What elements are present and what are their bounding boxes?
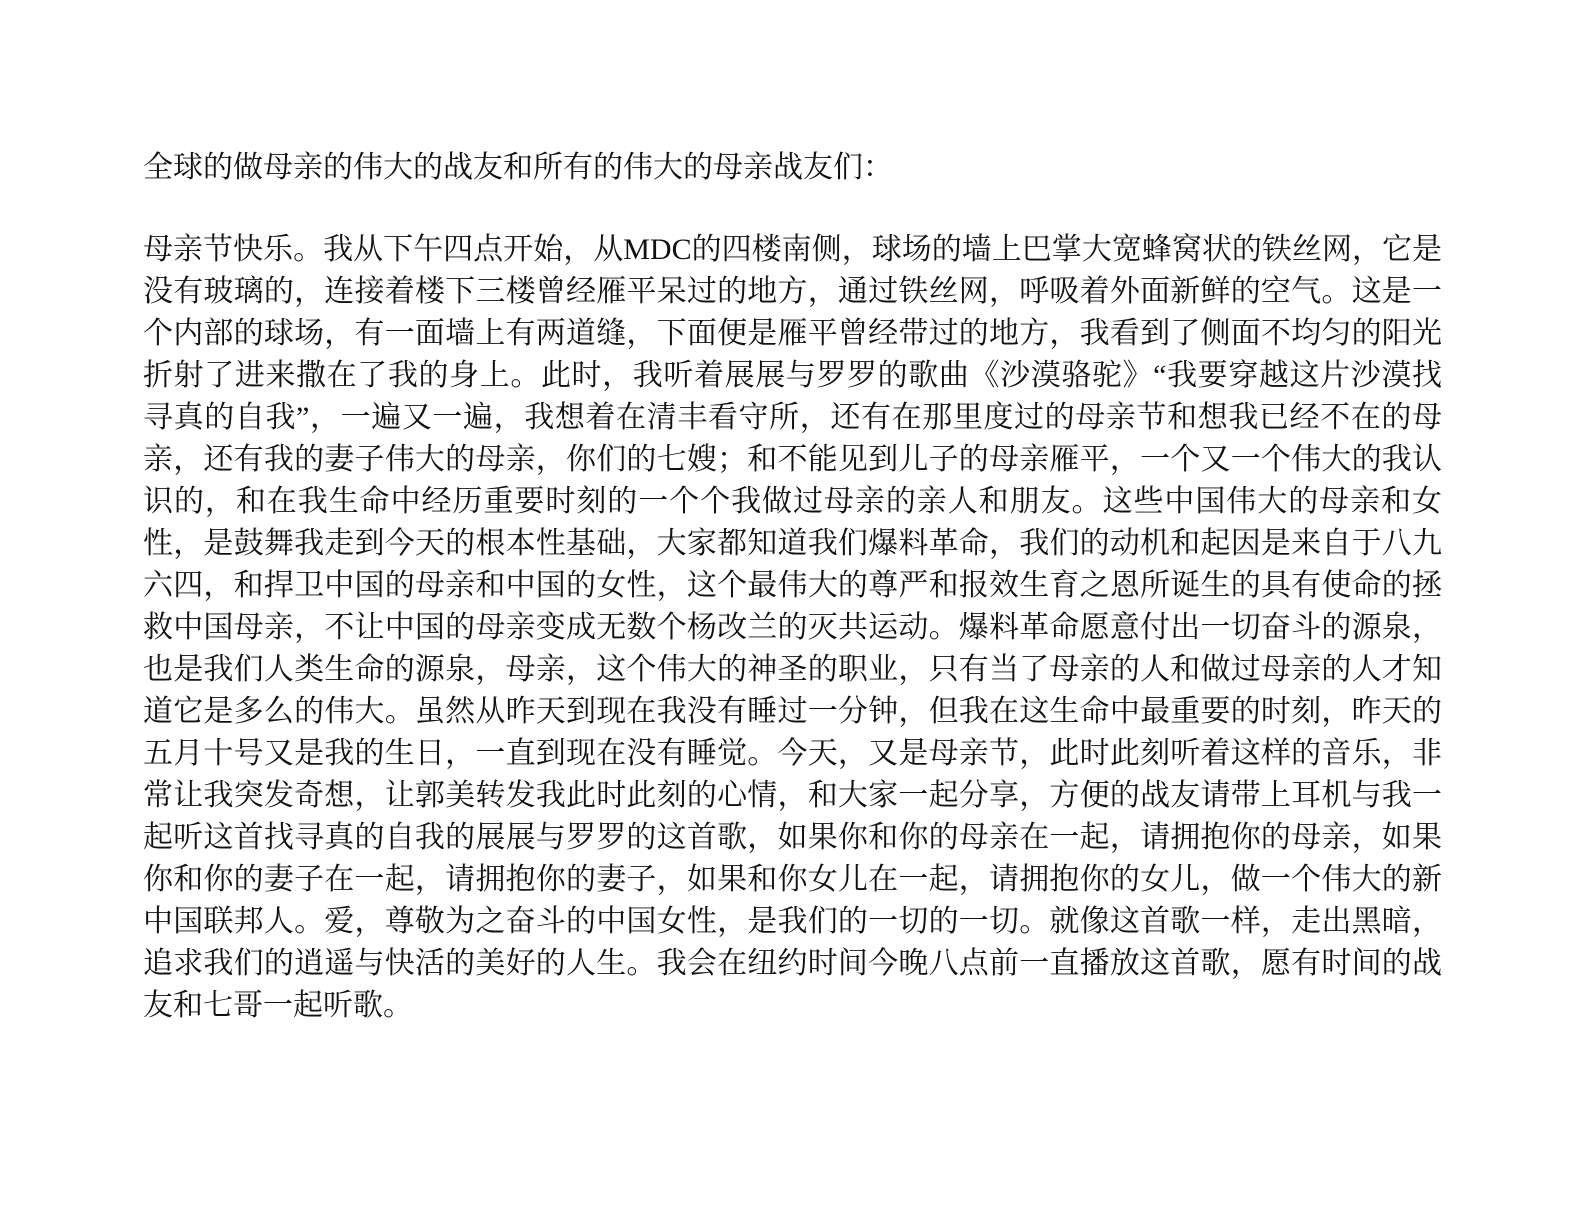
document-page: 全球的做母亲的伟大的战友和所有的伟大的母亲战友们： 母亲节快乐。我从下午四点开始… [0,0,1584,1224]
salutation-line: 全球的做母亲的伟大的战友和所有的伟大的母亲战友们： [143,147,1442,189]
body-paragraph: 母亲节快乐。我从下午四点开始，从MDC的四楼南侧，球场的墙上巴掌大宽蜂窝状的铁丝… [143,229,1442,1027]
